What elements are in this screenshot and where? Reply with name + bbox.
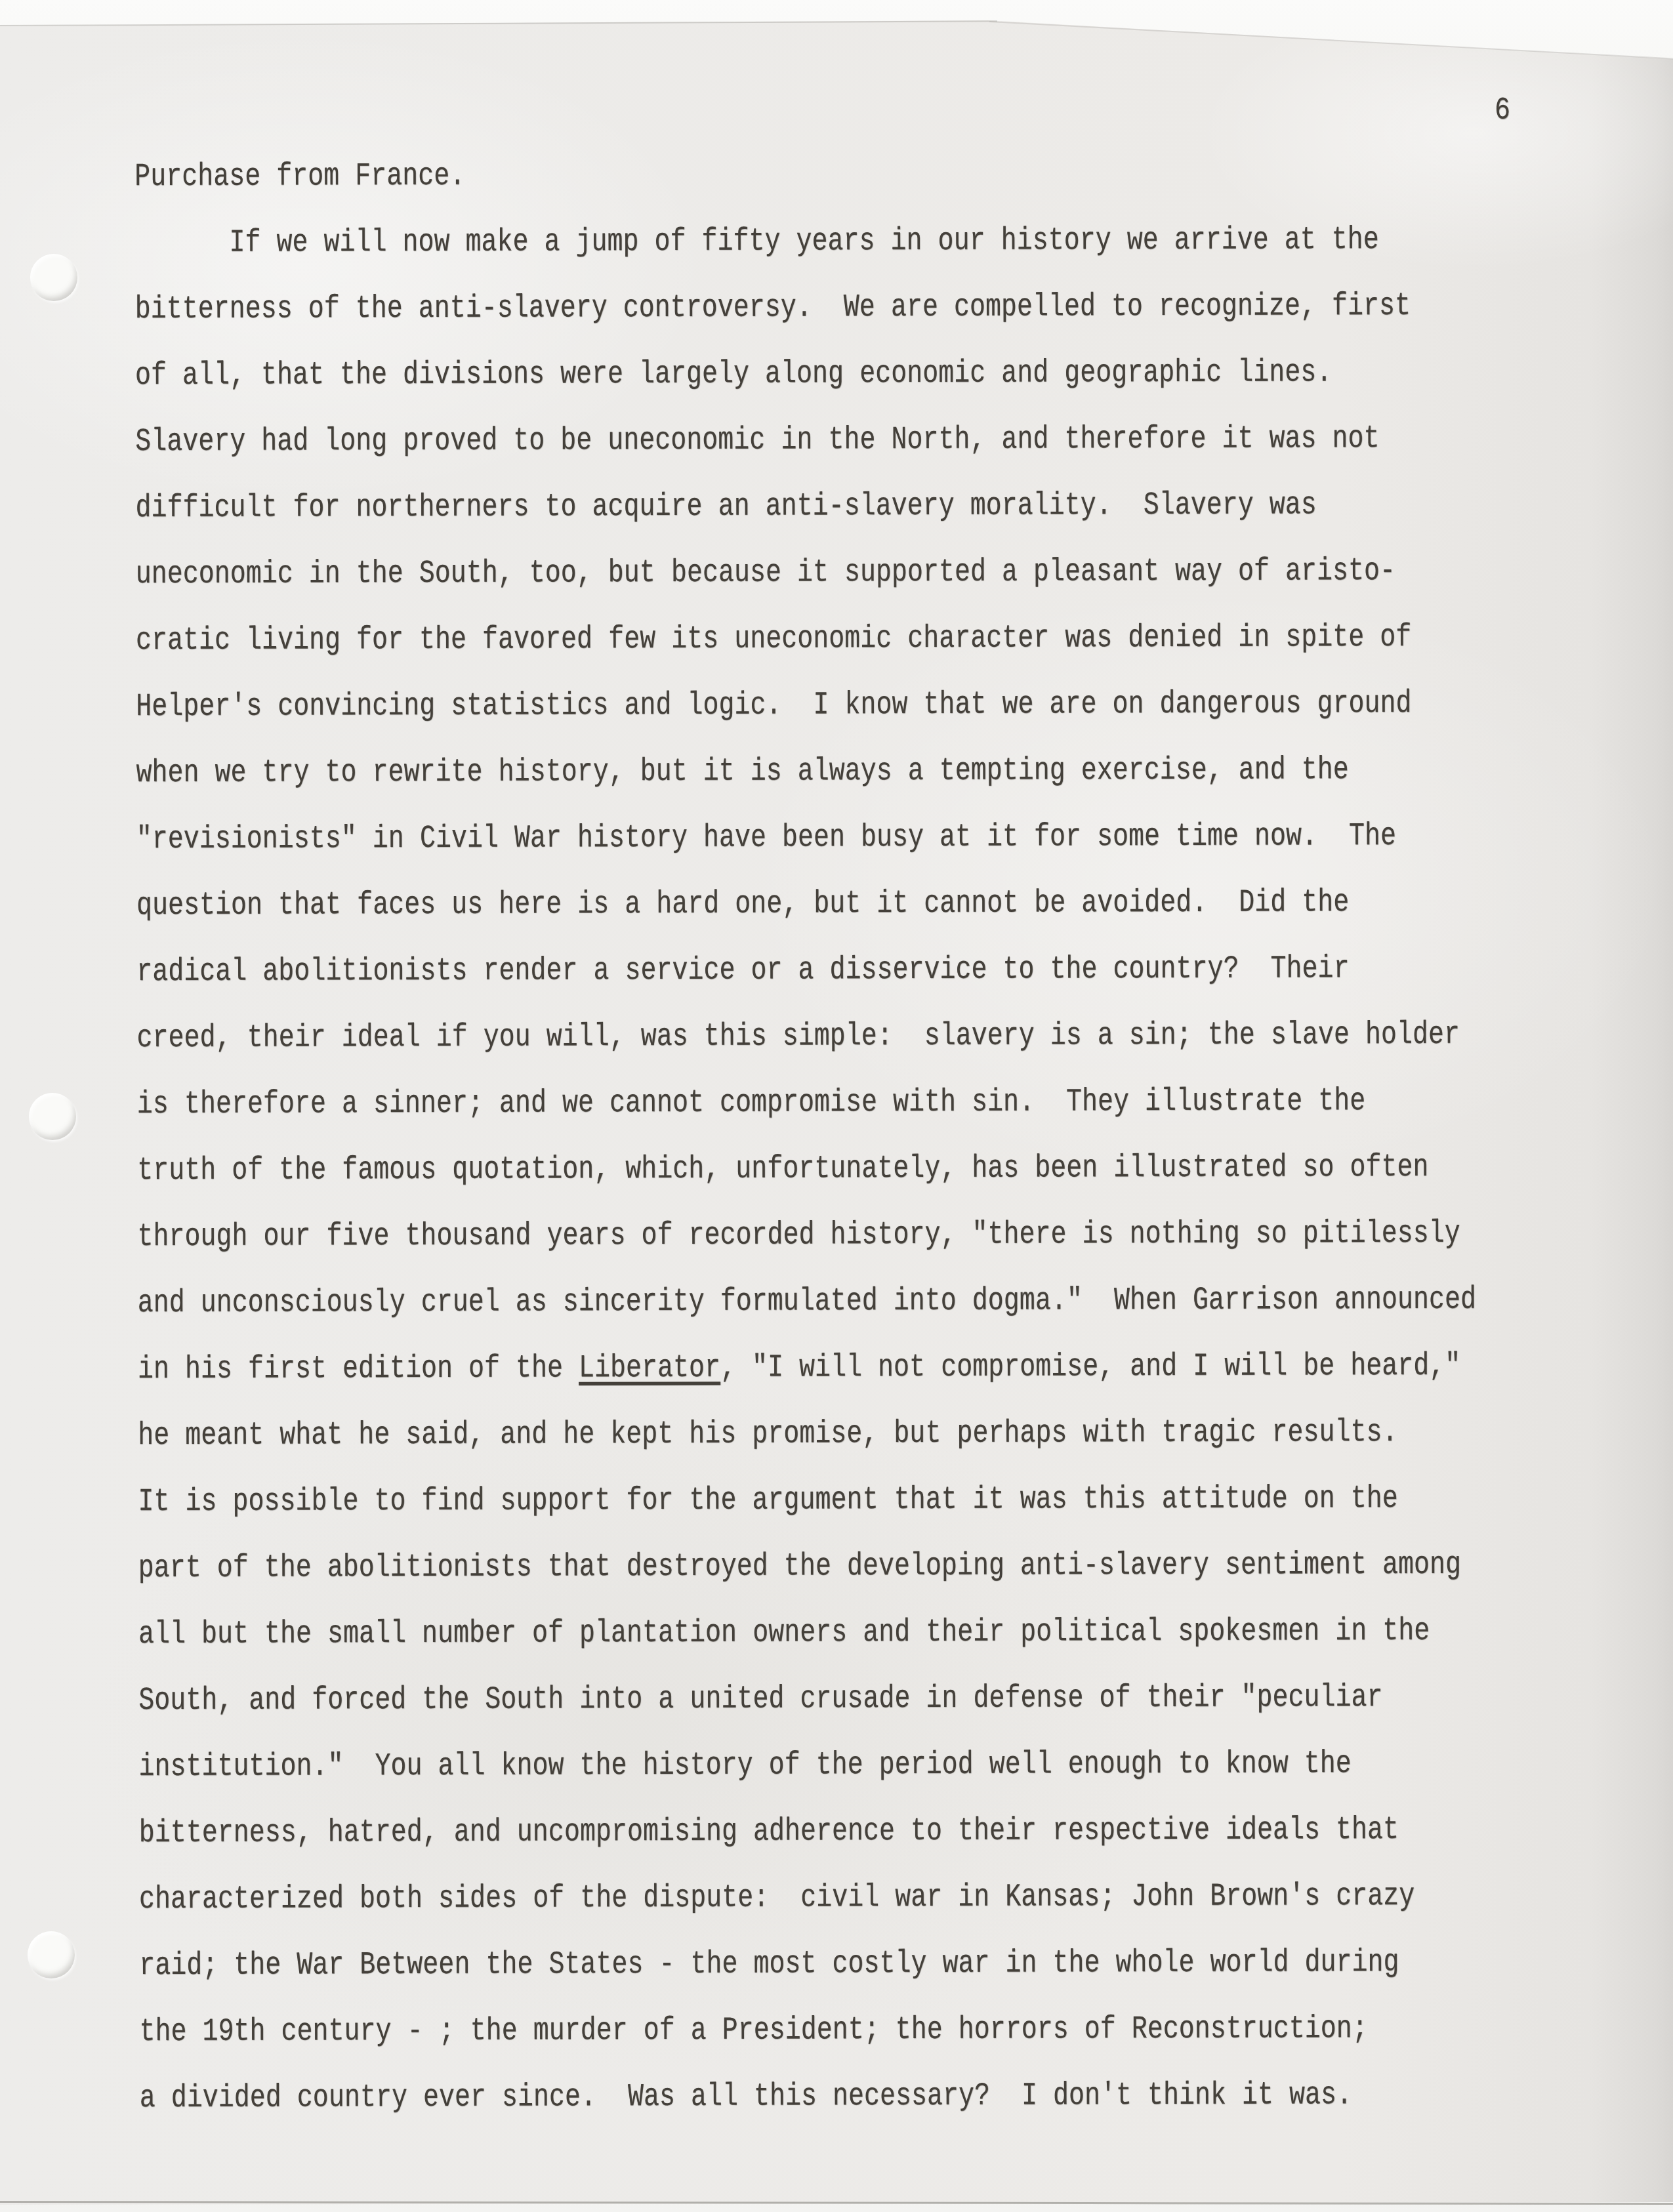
punch-hole [30, 254, 77, 301]
text-segment: in his first edition of the [138, 1351, 579, 1388]
punch-hole [28, 1931, 75, 1978]
underlined-publication-title: Liberator [579, 1351, 720, 1387]
text-line: a divided country ever since. Was all th… [140, 2055, 1550, 2139]
scanned-document: 6 Purchase from France. If we will now m… [0, 0, 1673, 2212]
typescript-page: 6 Purchase from France. If we will now m… [0, 0, 1673, 2212]
typescript-text: Purchase from France. If we will now mak… [134, 140, 1550, 2132]
text-segment: , "I will not compromise, and I will be … [720, 1349, 1460, 1387]
punch-hole [29, 1093, 76, 1140]
